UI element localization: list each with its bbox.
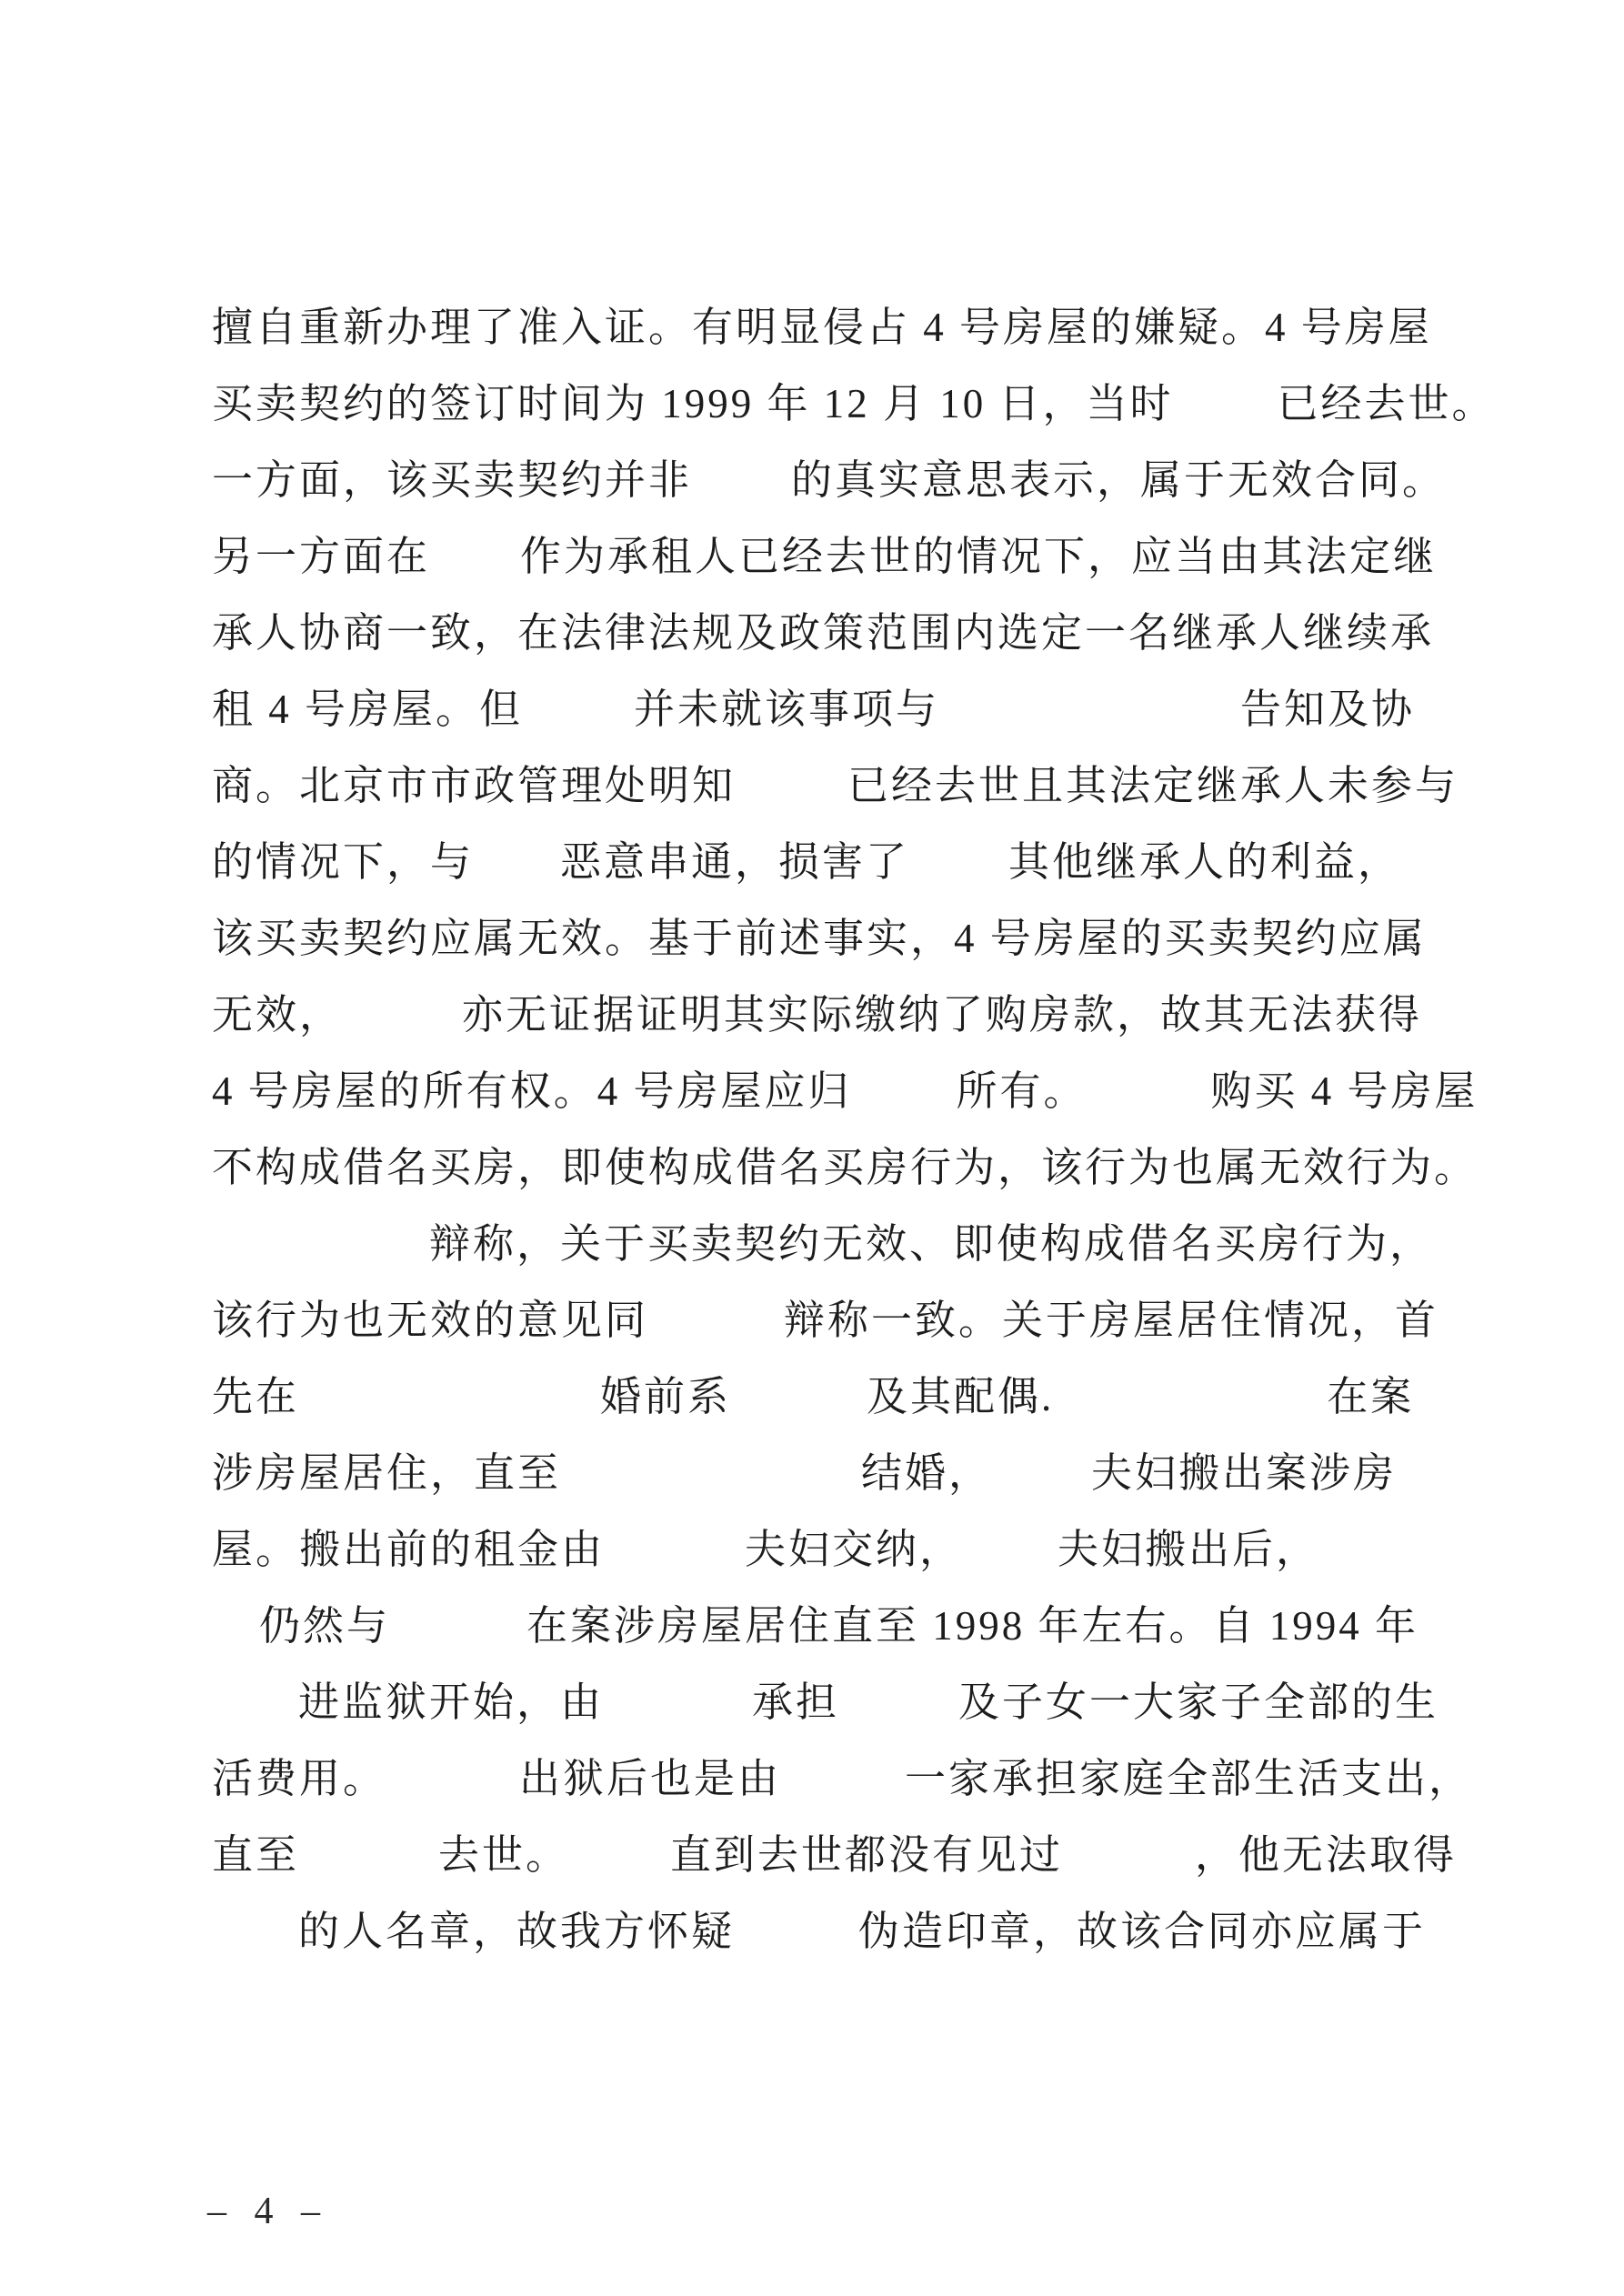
- text-segment: 买卖契约的签订时间为 1999 年 12 月 10 日，当时: [212, 381, 1174, 426]
- text-segment: 在案: [1327, 1374, 1414, 1419]
- redaction-blank: [736, 798, 847, 799]
- text-line: 4 号房屋的所有权。4 号房屋应归所有。购买 4 号房屋: [212, 1053, 1467, 1129]
- text-line: 该买卖契约应属无效。基于前述事实，4 号房屋的买卖契约应属: [212, 900, 1467, 977]
- text-segment: 涉房屋居住，直至: [212, 1450, 561, 1496]
- text-segment: 在案涉房屋居住直至 1998 年左右。自 1994 年: [526, 1603, 1418, 1649]
- text-segment: ，他无法取得: [1195, 1832, 1457, 1878]
- redaction-blank: [569, 1868, 670, 1869]
- redaction-blank: [731, 1409, 867, 1410]
- redaction-blank: [561, 1486, 861, 1487]
- redaction-blank: [909, 875, 1008, 876]
- text-line: 的人名章，故我方怀疑伪造印章，故该合同亦应属于: [212, 1893, 1467, 1970]
- text-segment: 该行为也无效的意见同: [212, 1298, 648, 1343]
- redaction-blank: [343, 1028, 462, 1028]
- text-line: 的情况下，与恶意串通，损害了其他继承人的利益，: [212, 824, 1467, 900]
- text-line: 进监狱开始，由承担及子女一大家子全部的生: [212, 1664, 1467, 1740]
- text-line: 另一方面在作为承租人已经去世的情况下，应当由其法定继: [212, 518, 1467, 595]
- redaction-blank: [992, 1486, 1091, 1487]
- text-segment: 并未就该事项与: [634, 687, 939, 732]
- text-segment: 夫妇搬出案涉房: [1091, 1450, 1397, 1496]
- redaction-blank: [1174, 416, 1278, 417]
- text-segment: 及子女一大家子全部的生: [958, 1679, 1439, 1725]
- redaction-blank: [212, 1715, 298, 1716]
- text-segment: 作为承租人已经去世的情况下，应当由其法定继: [520, 534, 1437, 579]
- document-page: 擅自重新办理了准入证。有明显侵占 4 号房屋的嫌疑。4 号房屋买卖契约的签订时间…: [0, 0, 1624, 2296]
- redaction-blank: [390, 1639, 526, 1639]
- text-segment: 辩称，关于买卖契约无效、即使构成借名买房行为，: [429, 1221, 1433, 1267]
- redaction-blank: [963, 1562, 1058, 1563]
- text-segment: 的情况下，与: [212, 839, 474, 885]
- text-segment: 一方面，该买卖契约并非: [212, 457, 692, 503]
- text-segment: 结婚，: [861, 1450, 992, 1496]
- text-segment: 活费用。: [212, 1756, 386, 1801]
- text-line: 一方面，该买卖契约并非的真实意思表示，属于无效合同。: [212, 442, 1467, 518]
- redaction-blank: [852, 1104, 957, 1105]
- text-line: 活费用。出狱后也是由一家承担家庭全部生活支出，: [212, 1740, 1467, 1817]
- document-text-block: 擅自重新办理了准入证。有明显侵占 4 号房屋的嫌疑。4 号房屋买卖契约的签订时间…: [212, 289, 1467, 1970]
- redaction-blank: [781, 1791, 905, 1792]
- text-segment: 出狱后也是由: [519, 1756, 781, 1801]
- text-segment: 擅自重新办理了准入证。有明显侵占 4 号房屋的嫌疑。4 号房屋: [212, 305, 1432, 350]
- text-segment: 已经去世。: [1278, 381, 1496, 426]
- redaction-blank: [939, 722, 1240, 723]
- redaction-blank: [212, 1257, 429, 1258]
- text-segment: 一家承担家庭全部生活支出，: [905, 1756, 1472, 1801]
- text-segment: 购买 4 号房屋: [1211, 1068, 1479, 1114]
- text-line: 先在婚前系及其配偶.在案: [212, 1359, 1467, 1435]
- text-segment: 该买卖契约应属无效。基于前述事实，4 号房屋的买卖契约应属: [212, 916, 1427, 961]
- text-segment: 承担: [752, 1679, 839, 1725]
- text-segment: 的人名章，故我方怀疑: [298, 1909, 735, 1954]
- text-line: 买卖契约的签订时间为 1999 年 12 月 10 日，当时已经去世。: [212, 366, 1467, 442]
- text-segment: 无效，: [212, 992, 343, 1038]
- text-segment: 所有。: [957, 1068, 1088, 1114]
- text-line: 直至去世。直到去世都没有见过，他无法取得: [212, 1817, 1467, 1893]
- text-segment: 直至: [212, 1832, 299, 1878]
- redaction-blank: [430, 569, 520, 570]
- text-segment: 恶意串通，损害了: [560, 839, 909, 885]
- text-line: 屋。搬出前的租金由夫妇交纳，夫妇搬出后，: [212, 1511, 1467, 1588]
- redaction-blank: [692, 493, 791, 494]
- redaction-blank: [523, 722, 634, 723]
- text-segment: 亦无证据证明其实际缴纳了购房款，故其无法获得: [462, 992, 1422, 1038]
- redaction-blank: [1063, 1868, 1195, 1869]
- text-segment: 及其配偶.: [867, 1374, 1054, 1419]
- text-segment: 租 4 号房屋。但: [212, 687, 523, 732]
- text-segment: 的真实意思表示，属于无效合同。: [791, 457, 1446, 503]
- redaction-blank: [299, 1868, 438, 1869]
- redaction-blank: [212, 1639, 259, 1639]
- text-segment: 不构成借名买房，即使构成借名买房行为，该行为也属无效行为。: [212, 1145, 1478, 1190]
- text-segment: 去世。: [438, 1832, 569, 1878]
- text-segment: 4 号房屋的所有权。4 号房屋应归: [212, 1068, 852, 1114]
- redaction-blank: [735, 1944, 858, 1945]
- text-segment: 辩称一致。关于房屋居住情况，首: [784, 1298, 1439, 1343]
- text-line: 无效，亦无证据证明其实际缴纳了购房款，故其无法获得: [212, 977, 1467, 1053]
- text-segment: 商。北京市市政管理处明知: [212, 763, 736, 808]
- text-line: 辩称，关于买卖契约无效、即使构成借名买房行为，: [212, 1206, 1467, 1282]
- text-line: 仍然与在案涉房屋居住直至 1998 年左右。自 1994 年: [212, 1588, 1467, 1664]
- text-segment: 夫妇交纳，: [745, 1527, 963, 1572]
- text-segment: 先在: [212, 1374, 299, 1419]
- redaction-blank: [299, 1409, 600, 1410]
- text-line: 承人协商一致，在法律法规及政策范围内选定一名继承人继续承: [212, 595, 1467, 671]
- text-line: 商。北京市市政管理处明知已经去世且其法定继承人未参与: [212, 747, 1467, 824]
- text-line: 该行为也无效的意见同辩称一致。关于房屋居住情况，首: [212, 1282, 1467, 1359]
- text-line: 租 4 号房屋。但并未就该事项与告知及协: [212, 671, 1467, 747]
- redaction-blank: [386, 1791, 519, 1792]
- redaction-blank: [474, 875, 560, 876]
- text-segment: 进监狱开始，由: [298, 1679, 604, 1725]
- text-segment: 其他继承人的利益，: [1008, 839, 1401, 885]
- redaction-blank: [648, 1333, 784, 1334]
- text-segment: 另一方面在: [212, 534, 430, 579]
- text-segment: 承人协商一致，在法律法规及政策范围内选定一名继承人继续承: [212, 610, 1434, 656]
- redaction-blank: [212, 1944, 298, 1945]
- redaction-blank: [1054, 1409, 1327, 1410]
- page-number: – 4 –: [207, 2190, 329, 2233]
- redaction-blank: [605, 1562, 745, 1563]
- redaction-blank: [1088, 1104, 1211, 1105]
- text-segment: 屋。搬出前的租金由: [212, 1527, 605, 1572]
- text-line: 擅自重新办理了准入证。有明显侵占 4 号房屋的嫌疑。4 号房屋: [212, 289, 1467, 366]
- text-segment: 夫妇搬出后，: [1058, 1527, 1319, 1572]
- text-segment: 伪造印章，故该合同亦应属于: [858, 1909, 1426, 1954]
- text-line: 涉房屋居住，直至结婚，夫妇搬出案涉房: [212, 1435, 1467, 1511]
- text-segment: 仍然与: [259, 1603, 390, 1649]
- redaction-blank: [839, 1715, 958, 1716]
- text-segment: 直到去世都没有见过: [670, 1832, 1063, 1878]
- text-segment: 已经去世且其法定继承人未参与: [847, 763, 1459, 808]
- redaction-blank: [604, 1715, 752, 1716]
- text-segment: 婚前系: [600, 1374, 731, 1419]
- text-line: 不构成借名买房，即使构成借名买房行为，该行为也属无效行为。: [212, 1129, 1467, 1206]
- text-segment: 告知及协: [1240, 687, 1415, 732]
